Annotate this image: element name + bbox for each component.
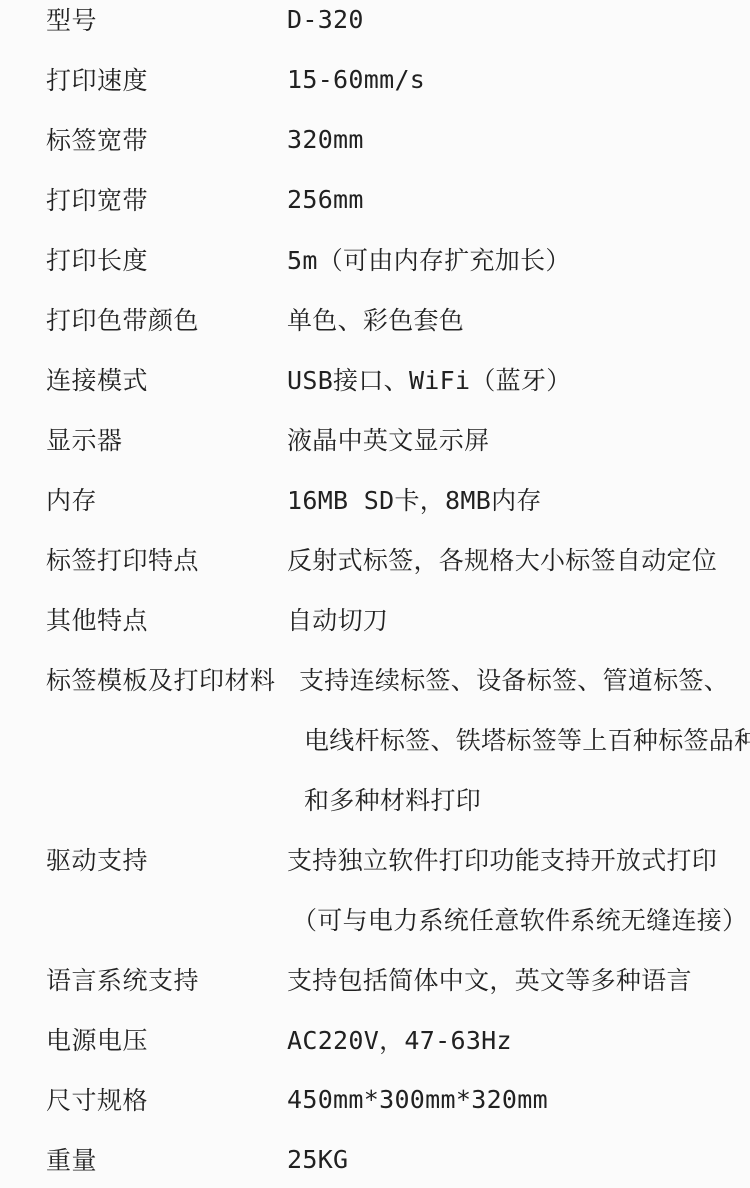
spec-row: 驱动支持支持独立软件打印功能支持开放式打印（可与电力系统任意软件系统无缝连接） <box>0 829 750 949</box>
spec-row: 标签宽带320mm <box>0 109 750 169</box>
spec-value: 自动切刀 <box>287 589 750 649</box>
spec-row: 打印宽带256mm <box>0 169 750 229</box>
spec-label: 打印长度 <box>0 229 287 289</box>
spec-value: 15-60mm/s <box>287 49 750 109</box>
spec-value: 支持包括简体中文，英文等多种语言 <box>287 949 750 1009</box>
spec-value-line: 25KG <box>287 1129 750 1188</box>
spec-value-line: 15-60mm/s <box>287 49 750 109</box>
spec-value: 256mm <box>287 169 750 229</box>
spec-value-line: 液晶中英文显示屏 <box>287 409 750 469</box>
spec-value-line: D-320 <box>287 0 750 49</box>
spec-value: 反射式标签，各规格大小标签自动定位 <box>287 529 750 589</box>
spec-value: USB接口、WiFi（蓝牙） <box>287 349 750 409</box>
spec-value: D-320 <box>287 0 750 49</box>
spec-value: 5m（可由内存扩充加长） <box>287 229 750 289</box>
spec-value-line: 支持包括简体中文，英文等多种语言 <box>287 949 750 1009</box>
spec-value-line: 5m（可由内存扩充加长） <box>287 229 750 289</box>
spec-label: 标签宽带 <box>0 109 287 169</box>
spec-row: 标签打印特点反射式标签，各规格大小标签自动定位 <box>0 529 750 589</box>
spec-label: 驱动支持 <box>0 829 287 889</box>
spec-value-line: 和多种材料打印 <box>299 769 750 829</box>
spec-row: 连接模式USB接口、WiFi（蓝牙） <box>0 349 750 409</box>
spec-value: 支持独立软件打印功能支持开放式打印（可与电力系统任意软件系统无缝连接） <box>287 829 750 949</box>
spec-row: 内存16MB SD卡，8MB内存 <box>0 469 750 529</box>
spec-value: 液晶中英文显示屏 <box>287 409 750 469</box>
spec-label: 重量 <box>0 1129 287 1188</box>
spec-value: AC220V，47-63Hz <box>287 1009 750 1069</box>
spec-label: 连接模式 <box>0 349 287 409</box>
spec-value-line: （可与电力系统任意软件系统无缝连接） <box>287 889 750 949</box>
spec-row: 语言系统支持支持包括简体中文，英文等多种语言 <box>0 949 750 1009</box>
spec-label: 标签打印特点 <box>0 529 287 589</box>
spec-label: 型号 <box>0 0 287 49</box>
spec-label: 标签模板及打印材料 <box>0 649 287 709</box>
spec-value-line: 反射式标签，各规格大小标签自动定位 <box>287 529 750 589</box>
spec-row: 型号D-320 <box>0 0 750 49</box>
spec-value-line: 支持连续标签、设备标签、管道标签、 <box>299 649 750 709</box>
spec-value: 16MB SD卡，8MB内存 <box>287 469 750 529</box>
spec-row: 标签模板及打印材料支持连续标签、设备标签、管道标签、电线杆标签、铁塔标签等上百种… <box>0 649 750 829</box>
spec-label: 打印色带颜色 <box>0 289 287 349</box>
spec-label: 电源电压 <box>0 1009 287 1069</box>
spec-row: 显示器液晶中英文显示屏 <box>0 409 750 469</box>
spec-table: 型号D-320打印速度15-60mm/s标签宽带320mm打印宽带256mm打印… <box>0 0 750 1188</box>
spec-label: 打印速度 <box>0 49 287 109</box>
spec-value: 450mm*300mm*320mm <box>287 1069 750 1129</box>
spec-label: 显示器 <box>0 409 287 469</box>
spec-label: 语言系统支持 <box>0 949 287 1009</box>
spec-value-line: AC220V，47-63Hz <box>287 1009 750 1069</box>
spec-value: 支持连续标签、设备标签、管道标签、电线杆标签、铁塔标签等上百种标签品种和多种材料… <box>287 649 750 829</box>
spec-value: 25KG <box>287 1129 750 1188</box>
spec-label: 尺寸规格 <box>0 1069 287 1129</box>
spec-row: 打印速度15-60mm/s <box>0 49 750 109</box>
spec-value-line: 单色、彩色套色 <box>287 289 750 349</box>
spec-value-line: 320mm <box>287 109 750 169</box>
spec-row: 电源电压AC220V，47-63Hz <box>0 1009 750 1069</box>
spec-value-line: 自动切刀 <box>287 589 750 649</box>
spec-label: 其他特点 <box>0 589 287 649</box>
spec-value-line: 支持独立软件打印功能支持开放式打印 <box>287 829 750 889</box>
spec-row: 尺寸规格450mm*300mm*320mm <box>0 1069 750 1129</box>
spec-label: 打印宽带 <box>0 169 287 229</box>
spec-value-line: 16MB SD卡，8MB内存 <box>287 469 750 529</box>
spec-row: 打印长度5m（可由内存扩充加长） <box>0 229 750 289</box>
spec-row: 打印色带颜色单色、彩色套色 <box>0 289 750 349</box>
spec-value-line: 256mm <box>287 169 750 229</box>
spec-value: 单色、彩色套色 <box>287 289 750 349</box>
spec-value-line: 450mm*300mm*320mm <box>287 1069 750 1129</box>
spec-label: 内存 <box>0 469 287 529</box>
spec-value: 320mm <box>287 109 750 169</box>
spec-value-line: 电线杆标签、铁塔标签等上百种标签品种 <box>299 709 750 769</box>
spec-row: 重量25KG <box>0 1129 750 1188</box>
spec-value-line: USB接口、WiFi（蓝牙） <box>287 349 750 409</box>
spec-row: 其他特点自动切刀 <box>0 589 750 649</box>
